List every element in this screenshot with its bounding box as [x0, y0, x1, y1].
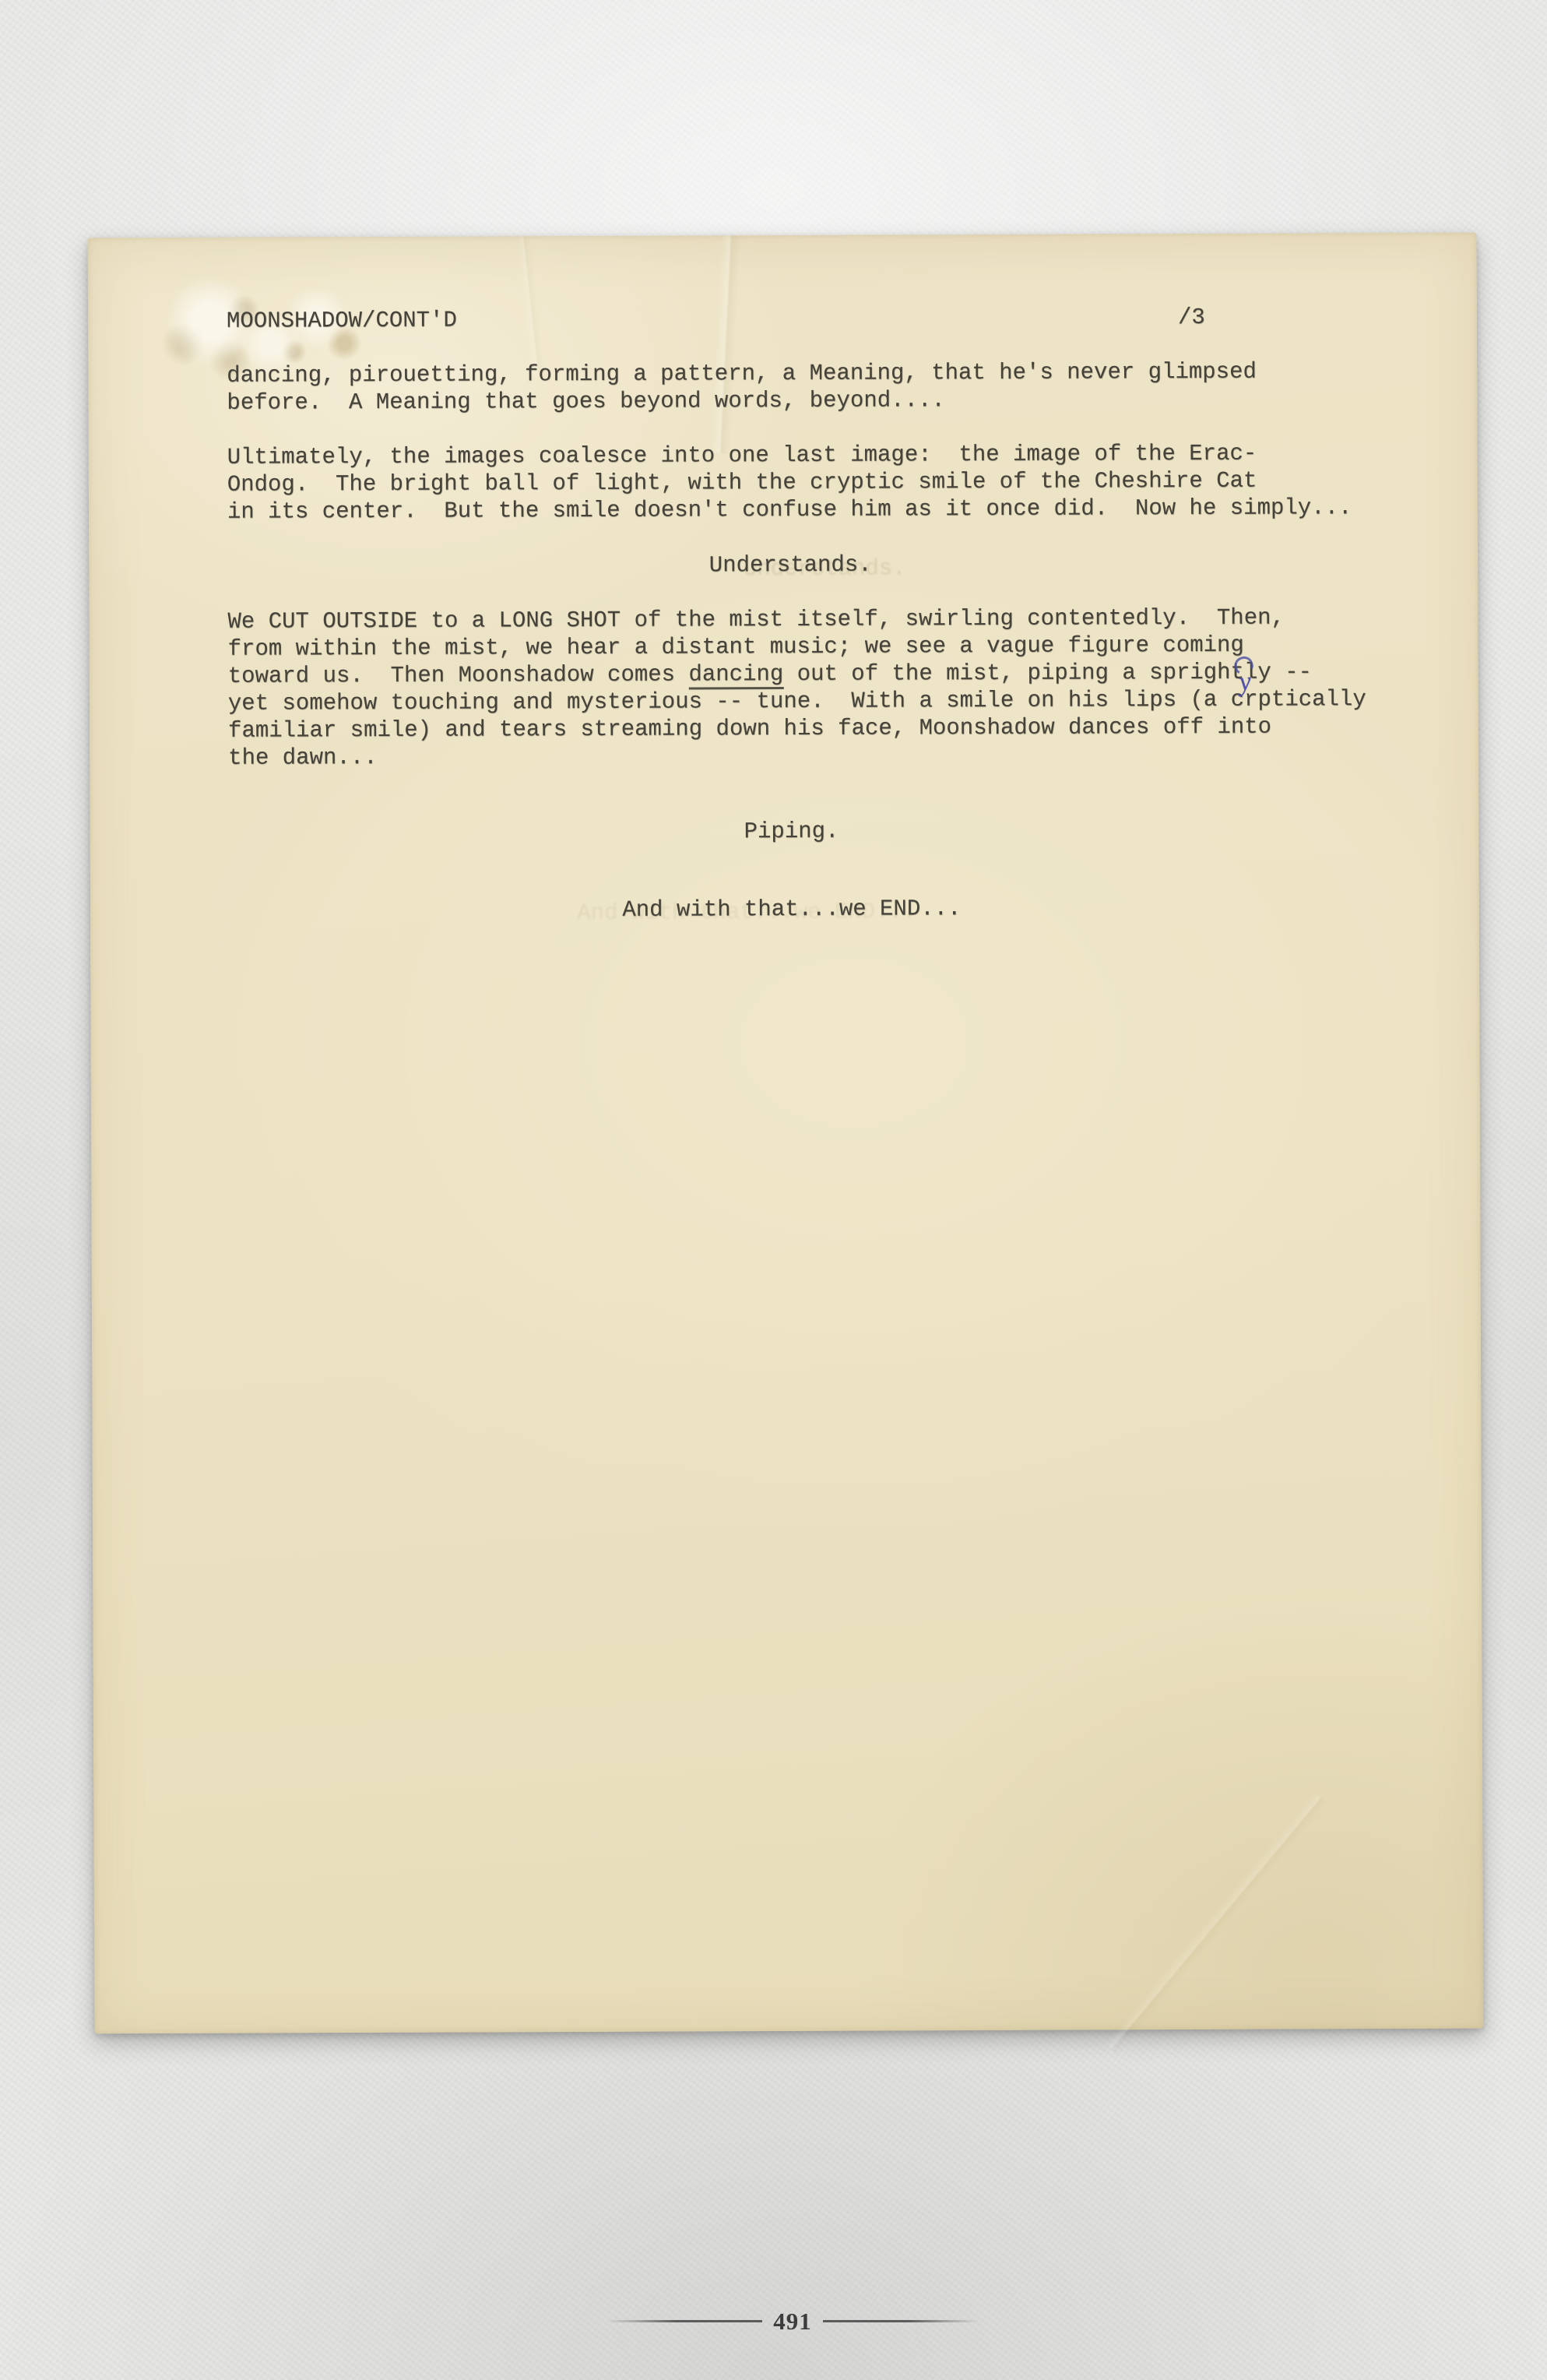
text-line: We CUT OUTSIDE to a LONG SHOT of the mis… [227, 604, 1366, 635]
script-page-number: /3 [1178, 304, 1205, 331]
paper-crease [1105, 1792, 1327, 2054]
script-continued-title: MOONSHADOW/CONT'D [227, 307, 457, 335]
text-line: dancing, pirouetting, forming a pattern,… [227, 358, 1257, 389]
paragraph-1: dancing, pirouetting, forming a pattern,… [227, 358, 1257, 417]
text-line: Ultimately, the images coalesce into one… [227, 439, 1352, 471]
text-line: in its center. But the smile doesn't con… [227, 494, 1352, 526]
text-segment: yet somehow touching and mysterious -- t… [228, 687, 1258, 716]
scan-background: MOONSHADOW/CONT'D /3 dancing, pirouettin… [0, 0, 1547, 2380]
book-page-number: 491 [773, 2309, 812, 2333]
text-line-with-correction: yet somehow touching and mysterious -- t… [228, 685, 1366, 717]
text-segment: toward us. Then Moonshadow comes [228, 661, 689, 688]
text-line: the dawn... [228, 740, 1366, 772]
paragraph-2: Ultimately, the images coalesce into one… [227, 439, 1352, 526]
ending-line: And with that...we END... [229, 893, 1355, 925]
script-page-sheet: MOONSHADOW/CONT'D /3 dancing, pirouettin… [88, 233, 1484, 2034]
book-page-number-footer: 491 [598, 2304, 987, 2338]
text-line-with-underline: toward us. Then Moonshadow comes dancing… [228, 658, 1366, 690]
text-segment: ptically [1257, 686, 1366, 713]
text-segment: out of the mist, piping a sprightly -- [783, 659, 1312, 687]
text-line: before. A Meaning that goes beyond words… [227, 386, 1257, 417]
piping-line: Piping. [228, 815, 1354, 847]
text-line: Ondog. The bright ball of light, with th… [227, 466, 1352, 498]
footer-rule-left [606, 2320, 762, 2322]
paper-crease [710, 235, 741, 454]
footer-rule-right [823, 2320, 979, 2322]
paragraph-3: We CUT OUTSIDE to a LONG SHOT of the mis… [227, 604, 1366, 772]
underlined-word-dancing: dancing [688, 662, 783, 689]
text-line: from within the mist, we hear a distant … [228, 631, 1366, 663]
text-line: familiar smile) and tears streaming down… [228, 713, 1366, 745]
understands-line: Understands. [227, 549, 1353, 581]
page-header: MOONSHADOW/CONT'D /3 [227, 303, 1387, 335]
